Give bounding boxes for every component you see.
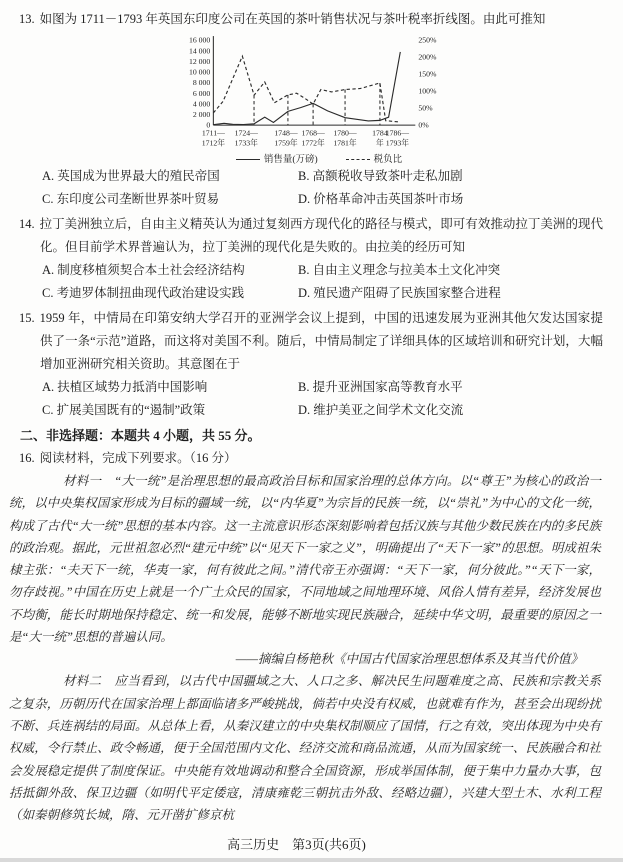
question-16-stem: 16.阅读材料，完成下列要求。（16 分） <box>19 447 603 470</box>
svg-text:50%: 50% <box>418 104 433 113</box>
svg-text:1712年: 1712年 <box>202 137 226 147</box>
question-14-number: 14. <box>19 217 35 231</box>
svg-text:250%: 250% <box>418 36 437 45</box>
q14-option-a: A. 制度移植须契合本土社会经济结构 <box>42 259 298 282</box>
tea-chart: 16 00014 00012 00010 0008 0006 0004 0002… <box>174 34 464 165</box>
tea-chart-legend: 销售量(万磅) 税负比 <box>174 151 464 165</box>
q14-option-b: B. 自由主义理念与拉美本土文化冲突 <box>298 259 613 282</box>
scan-edge <box>0 858 623 862</box>
question-16-text: 阅读材料，完成下列要求。（16 分） <box>40 451 237 465</box>
material-1-label: 材料一 <box>63 474 101 488</box>
svg-text:1781年: 1781年 <box>333 137 357 147</box>
svg-text:12 000: 12 000 <box>189 57 210 66</box>
legend-sales-label: 销售量(万磅) <box>264 155 318 165</box>
question-14-stem: 14.拉丁美洲独立后，自由主义精英认为通过复刻西方现代化的路径与模式，即可有效推… <box>19 213 603 259</box>
q15-option-d: D. 维护美亚之间学术文化交流 <box>298 399 613 422</box>
svg-text:0%: 0% <box>418 121 429 130</box>
q13-option-a: A. 英国成为世界最大的殖民帝国 <box>42 165 298 188</box>
question-13-stem: 13.如图为 1711－1793 年英国东印度公司在英国的茶叶销售状况与茶叶税率… <box>19 8 603 31</box>
svg-text:14 000: 14 000 <box>189 46 210 55</box>
material-1-citation: ——摘编自杨艳秋《中国古代国家治理思想体系及其当代价值》 <box>8 648 583 670</box>
q15-option-c: C. 扩展美国既有的“遏制”政策 <box>42 399 298 422</box>
svg-text:1748—: 1748— <box>274 129 298 138</box>
svg-text:100%: 100% <box>418 87 437 96</box>
legend-item-sales: 销售量(万磅) <box>236 151 318 165</box>
question-15-text: 1959 年，中情局在印第安纳大学召开的亚洲学会议上提到，中国的迅速发展为亚洲其… <box>40 311 603 371</box>
q15-option-a: A. 扶植区域势力抵消中国影响 <box>42 376 298 399</box>
svg-text:1724—: 1724— <box>235 129 259 138</box>
material-2-paragraph: 材料二应当看到，以古代中国疆域之大、人口之多、解决民生问题难度之高、民族和宗教关… <box>9 670 601 826</box>
q13-option-b: B. 高额税收导致茶叶走私加剧 <box>298 165 613 188</box>
svg-text:150%: 150% <box>418 70 437 79</box>
svg-text:1768—: 1768— <box>301 129 325 138</box>
material-2-label: 材料二 <box>63 674 101 688</box>
material-1-paragraph: 材料一“大一统”是治理思想的最高政治目标和国家治理的总体方向。以“尊王”为核心的… <box>9 470 601 648</box>
question-15-options: A. 扶植区域势力抵消中国影响 B. 提升亚洲国家高等教育水平 C. 扩展美国既… <box>42 376 613 422</box>
material-1-text: “大一统”是治理思想的最高政治目标和国家治理的总体方向。以“尊王”为核心的政治一… <box>9 474 601 644</box>
question-13-text: 如图为 1711－1793 年英国东印度公司在英国的茶叶销售状况与茶叶税率折线图… <box>40 12 546 26</box>
svg-text:1780—: 1780— <box>333 129 357 138</box>
svg-text:8 000: 8 000 <box>193 78 211 87</box>
svg-text:4 000: 4 000 <box>193 99 211 108</box>
svg-text:1711—: 1711— <box>202 129 225 138</box>
tea-chart-svg: 16 00014 00012 00010 0008 0006 0004 0002… <box>174 34 464 150</box>
q14-option-d: D. 殖民遗产阻碍了民族国家整合进程 <box>298 282 613 305</box>
dashed-line-swatch <box>346 159 370 160</box>
svg-text:1793年: 1793年 <box>386 137 409 147</box>
q13-option-d: D. 价格革命冲击英国茶叶市场 <box>298 188 613 211</box>
question-14-options: A. 制度移植须契合本土社会经济结构 B. 自由主义理念与拉美本土文化冲突 C.… <box>42 259 613 305</box>
svg-text:2 000: 2 000 <box>193 110 211 119</box>
section-2-header: 二、非选择题：本题共 4 小题，共 55 分。 <box>20 425 613 447</box>
svg-text:1759年: 1759年 <box>274 137 298 147</box>
svg-text:200%: 200% <box>418 53 437 62</box>
material-2-text: 应当看到，以古代中国疆域之大、人口之多、解决民生问题难度之高、民族和宗教关系之复… <box>9 674 601 822</box>
svg-text:1772年: 1772年 <box>301 137 325 147</box>
question-13-options: A. 英国成为世界最大的殖民帝国 B. 高额税收导致茶叶走私加剧 C. 东印度公… <box>42 165 613 211</box>
question-14-text: 拉丁美洲独立后，自由主义精英认为通过复刻西方现代化的路径与模式，即可有效推动拉丁… <box>40 217 603 254</box>
question-15-number: 15. <box>19 311 35 325</box>
legend-item-tax: 税负比 <box>346 151 403 165</box>
solid-line-swatch <box>236 159 260 160</box>
svg-text:年: 年 <box>376 137 384 147</box>
legend-tax-label: 税负比 <box>374 155 403 165</box>
q14-option-c: C. 考迪罗体制扭曲现代政治建设实践 <box>42 282 298 305</box>
question-15-stem: 15.1959 年，中情局在印第安纳大学召开的亚洲学会议上提到，中国的迅速发展为… <box>19 307 603 376</box>
page-footer: 高三历史 第3页(共6页) <box>0 834 608 853</box>
svg-text:1786—: 1786— <box>386 129 410 138</box>
svg-text:10 000: 10 000 <box>189 68 210 77</box>
q13-option-c: C. 东印度公司垄断世界茶叶贸易 <box>42 188 298 211</box>
svg-text:16 000: 16 000 <box>189 36 210 45</box>
question-13-number: 13. <box>19 12 35 26</box>
q15-option-b: B. 提升亚洲国家高等教育水平 <box>298 376 613 399</box>
question-16-number: 16. <box>19 451 35 465</box>
svg-text:6 000: 6 000 <box>193 89 211 98</box>
exam-page: 13.如图为 1711－1793 年英国东印度公司在英国的茶叶销售状况与茶叶税率… <box>0 0 623 862</box>
svg-text:1733年: 1733年 <box>235 137 259 147</box>
